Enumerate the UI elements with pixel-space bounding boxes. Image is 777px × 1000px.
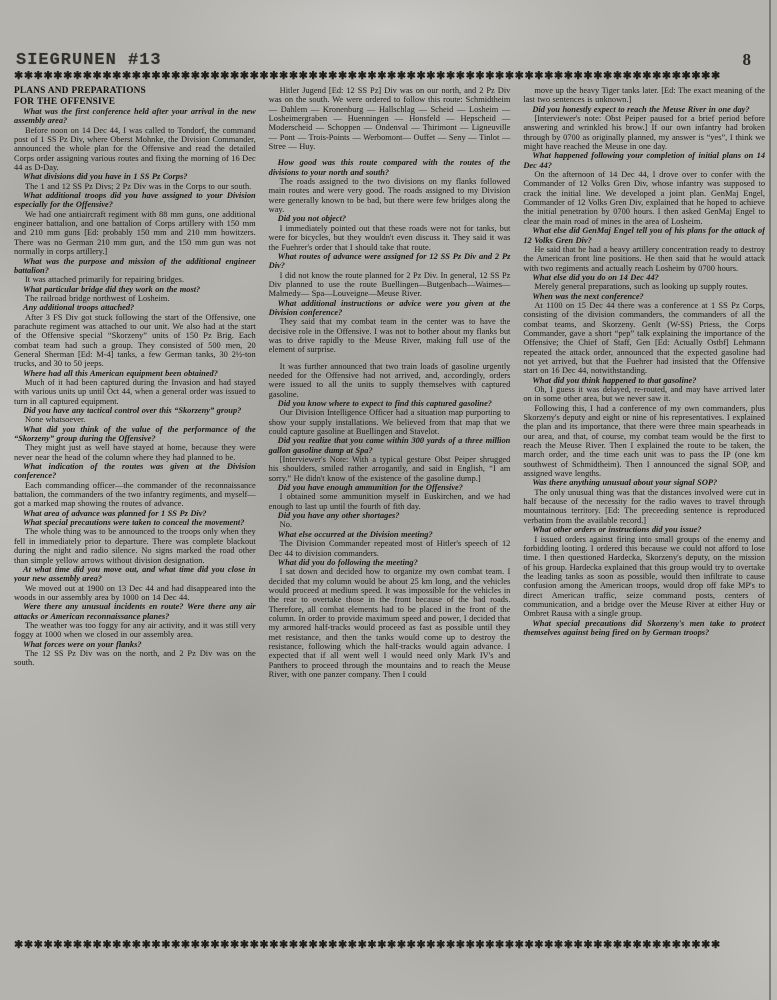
text-column-3: move up the heavy Tiger tanks later. [Ed… bbox=[523, 86, 765, 938]
answer-paragraph: We had one antiaircraft regiment with 88… bbox=[14, 210, 256, 257]
answer-paragraph: Merely general preparations, such as loo… bbox=[523, 282, 765, 291]
question-paragraph: What additional troops did you have assi… bbox=[14, 191, 256, 210]
section-heading: FOR THE OFFENSIVE bbox=[14, 97, 256, 108]
question-paragraph: Did you have any tactical control over t… bbox=[14, 406, 256, 415]
scan-edge-line bbox=[769, 0, 771, 1000]
question-paragraph: What was the first conference held after… bbox=[14, 107, 256, 126]
answer-paragraph: No. bbox=[269, 520, 511, 529]
answer-paragraph: The whole thing was to be announced to t… bbox=[14, 527, 256, 564]
question-paragraph: Was there anything unusual about your si… bbox=[523, 478, 765, 487]
question-paragraph: What area of advance was planned for 1 S… bbox=[14, 509, 256, 518]
question-paragraph: What else did you do on 14 Dec 44? bbox=[523, 273, 765, 282]
answer-paragraph: The 1 and 12 SS Pz Divs; 2 Pz Div was in… bbox=[14, 182, 256, 191]
answer-paragraph: It was further announced that two train … bbox=[269, 362, 511, 399]
answer-paragraph: Oh, I guess it was delayed, re-routed, a… bbox=[523, 385, 765, 404]
answer-paragraph: Following this, I had a conference of my… bbox=[523, 404, 765, 479]
section-heading: PLANS AND PREPARATIONS bbox=[14, 86, 256, 97]
question-paragraph: Did you know where to expect to find thi… bbox=[269, 399, 511, 408]
answer-paragraph: They said that my combat team in the cen… bbox=[269, 317, 511, 354]
answer-paragraph: move up the heavy Tiger tanks later. [Ed… bbox=[523, 86, 765, 105]
question-paragraph: What divisions did you have in 1 SS Pz C… bbox=[14, 172, 256, 181]
question-paragraph: What indication of the routes was given … bbox=[14, 462, 256, 481]
question-paragraph: Did you realize that you came within 300… bbox=[269, 436, 511, 455]
answer-paragraph: Each commanding officer—the commander of… bbox=[14, 481, 256, 509]
answer-paragraph: [Interviewer's Note: With a typical gest… bbox=[269, 455, 511, 483]
answer-paragraph: I did not know the route planned for 2 P… bbox=[269, 271, 511, 299]
answer-paragraph: On the afternoon of 14 Dec 44, I drove o… bbox=[523, 170, 765, 226]
question-paragraph: How good was this route compared with th… bbox=[269, 158, 511, 177]
answer-paragraph: None whatsoever. bbox=[14, 415, 256, 424]
question-paragraph: Did you have any other shortages? bbox=[269, 511, 511, 520]
question-paragraph: What else occurred at the Division meeti… bbox=[269, 530, 511, 539]
answer-paragraph: I immediately pointed out that these roa… bbox=[269, 224, 511, 252]
question-paragraph: What else did GenMaj Engel tell you of h… bbox=[523, 226, 765, 245]
answer-paragraph: He said that he had a heavy artillery co… bbox=[523, 245, 765, 273]
question-paragraph: What did you do following the meeting? bbox=[269, 558, 511, 567]
question-paragraph: Did you not object? bbox=[269, 214, 511, 223]
answer-paragraph: The railroad bridge northwest of Losheim… bbox=[14, 294, 256, 303]
answer-paragraph: We moved out at 1900 on 13 Dec 44 and ha… bbox=[14, 584, 256, 603]
answer-paragraph: [Interviewer's note: Obst Peiper paused … bbox=[523, 114, 765, 151]
question-paragraph: What other orders or instructions did yo… bbox=[523, 525, 765, 534]
question-paragraph: What special precautions did Skorzeny's … bbox=[523, 619, 765, 638]
answer-paragraph: Our Division Intelligence Officer had a … bbox=[269, 408, 511, 436]
question-paragraph: Did you honestly expect to reach the Meu… bbox=[523, 105, 765, 114]
question-paragraph: Any additional troops attached? bbox=[14, 303, 256, 312]
question-paragraph: What did you think happened to that gaso… bbox=[523, 376, 765, 385]
masthead: SIEGRUNEN #13 8 bbox=[14, 50, 765, 70]
page-number: 8 bbox=[743, 50, 762, 70]
question-paragraph: What happened following your completion … bbox=[523, 151, 765, 170]
answer-paragraph: The roads assigned to the two divisions … bbox=[269, 177, 511, 214]
question-paragraph: Were there any unusual incidents en rout… bbox=[14, 602, 256, 621]
answer-paragraph: The only unusual thing was that the dist… bbox=[523, 488, 765, 525]
text-column-1: PLANS AND PREPARATIONSFOR THE OFFENSIVEW… bbox=[14, 86, 256, 938]
answer-paragraph: I obtained some ammunition myself in Eus… bbox=[269, 492, 511, 511]
question-paragraph: What routes of advance were assigned for… bbox=[269, 252, 511, 271]
question-paragraph: What was the purpose and mission of the … bbox=[14, 257, 256, 276]
answer-paragraph: Before noon on 14 Dec 44, I was called t… bbox=[14, 126, 256, 173]
answer-paragraph: The weather was too foggy for any air ac… bbox=[14, 621, 256, 640]
question-paragraph: When was the next conference? bbox=[523, 292, 765, 301]
question-paragraph: What did you think of the value of the p… bbox=[14, 425, 256, 444]
answer-paragraph: I issued orders against firing into smal… bbox=[523, 535, 765, 619]
text-column-2: Hitler Jugend [Ed: 12 SS Pz] Div was on … bbox=[269, 86, 511, 938]
answer-paragraph: I sat down and decided how to organize m… bbox=[269, 567, 511, 679]
question-paragraph: Where had all this American equipment be… bbox=[14, 369, 256, 378]
answer-paragraph: It was attached primarily for repairing … bbox=[14, 275, 256, 284]
answer-paragraph: Hitler Jugend [Ed: 12 SS Pz] Div was on … bbox=[269, 86, 511, 151]
answer-paragraph: Much of it had been captured during the … bbox=[14, 378, 256, 406]
asterisk-separator-top: ✱✱✱✱✱✱✱✱✱✱✱✱✱✱✱✱✱✱✱✱✱✱✱✱✱✱✱✱✱✱✱✱✱✱✱✱✱✱✱✱… bbox=[14, 71, 765, 81]
scanned-magazine-page: SIEGRUNEN #13 8 ✱✱✱✱✱✱✱✱✱✱✱✱✱✱✱✱✱✱✱✱✱✱✱✱… bbox=[0, 0, 777, 1000]
asterisk-separator-bottom: ✱✱✱✱✱✱✱✱✱✱✱✱✱✱✱✱✱✱✱✱✱✱✱✱✱✱✱✱✱✱✱✱✱✱✱✱✱✱✱✱… bbox=[14, 940, 765, 950]
answer-paragraph: The Division Commander repeated most of … bbox=[269, 539, 511, 558]
answer-paragraph: They might just as well have stayed at h… bbox=[14, 443, 256, 462]
article-columns: PLANS AND PREPARATIONSFOR THE OFFENSIVEW… bbox=[14, 86, 765, 938]
question-paragraph: At what time did you move out, and what … bbox=[14, 565, 256, 584]
question-paragraph: What additional instructions or advice w… bbox=[269, 299, 511, 318]
question-paragraph: Did you have enough ammunition for the O… bbox=[269, 483, 511, 492]
question-paragraph: What particular bridge did they work on … bbox=[14, 285, 256, 294]
publication-title: SIEGRUNEN #13 bbox=[16, 51, 162, 70]
answer-paragraph: The 12 SS Pz Div was on the north, and 2… bbox=[14, 649, 256, 668]
answer-paragraph: After 3 FS Div got stuck following the s… bbox=[14, 313, 256, 369]
answer-paragraph: At 1100 on 15 Dec 44 there was a confere… bbox=[523, 301, 765, 376]
question-paragraph: What special precautions were taken to c… bbox=[14, 518, 256, 527]
question-paragraph: What forces were on your flanks? bbox=[14, 640, 256, 649]
